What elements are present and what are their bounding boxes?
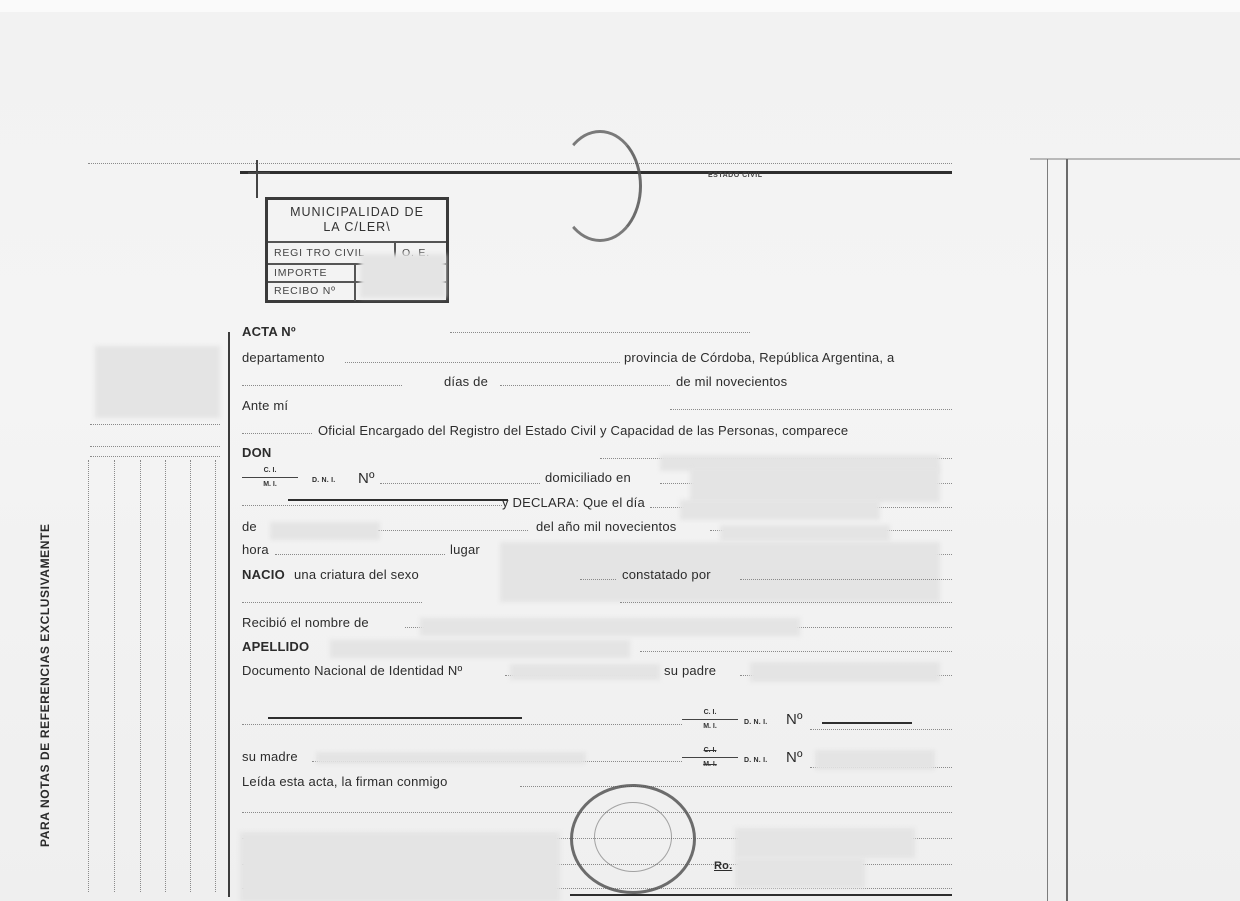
criatura-text: una criatura del sexo — [294, 567, 419, 582]
stamp-seal-bottom-inner — [594, 802, 672, 872]
dni-underline-1 — [288, 499, 508, 501]
side-notes-col-5 — [190, 460, 191, 892]
side-notes-label: PARA NOTAS DE REFERENCIAS EXCLUSIVAMENTE — [38, 523, 52, 847]
redacted-madre-dni — [815, 750, 935, 770]
dni-field-1[interactable] — [380, 483, 540, 484]
ci-mi-fraction-2: C. I. M. I. — [682, 709, 738, 730]
side-notes-line-1 — [90, 424, 220, 425]
mes-nacimiento-field[interactable] — [378, 530, 528, 531]
redacted-birth-day — [680, 500, 880, 520]
redacted-officer-signature — [735, 828, 915, 858]
side-notes-col-3 — [140, 460, 141, 892]
numero-label-3: Nº — [786, 749, 803, 766]
oficial-text: Oficial Encargado del Registro del Estad… — [318, 423, 848, 438]
numero-label-2: Nº — [786, 711, 803, 728]
signature-prefix: Ro. — [714, 860, 732, 872]
lugar-label: lugar — [450, 542, 480, 557]
apellido-field[interactable] — [640, 651, 952, 652]
stamp-seal-top — [558, 130, 642, 242]
dni-underline-2 — [268, 717, 522, 719]
redacted-domicilio — [690, 468, 940, 502]
side-notes-col-4 — [165, 460, 166, 892]
redacted-birth-year — [720, 525, 890, 541]
redacted-madre — [316, 752, 586, 764]
dni-text-label: Documento Nacional de Identidad Nº — [242, 663, 462, 678]
page-top-edge — [0, 0, 1240, 12]
amount-label: IMPORTE — [268, 265, 356, 281]
redacted-apellido — [330, 640, 630, 658]
acta-number-label: ACTA Nº — [242, 324, 296, 339]
side-notes-col-2 — [114, 460, 115, 892]
declara-text: y DECLARA: Que el día — [502, 495, 645, 510]
dni-label-3: D. N. I. — [744, 757, 767, 764]
constatado-continued-field[interactable] — [242, 602, 422, 603]
redacted-dni-number — [510, 664, 660, 680]
numero-label-1: Nº — [358, 470, 375, 487]
municipal-title: MUNICIPALIDAD DE LA C/LER\ — [268, 200, 446, 243]
header-handwritten-mark — [256, 160, 258, 198]
nacio-label: NACIO — [242, 567, 285, 582]
domiciliado-label: domiciliado en — [545, 470, 631, 485]
padre-dni-field[interactable] — [810, 729, 952, 730]
mes-field[interactable] — [500, 385, 670, 386]
de-label: de — [242, 519, 257, 534]
dia-field[interactable] — [242, 385, 402, 386]
hora-field[interactable] — [275, 554, 445, 555]
constatado-continued-field-2[interactable] — [620, 602, 952, 603]
departamento-label: departamento — [242, 350, 325, 365]
redacted-lugar — [500, 542, 940, 602]
acta-number-field[interactable] — [450, 332, 750, 333]
redacted-signatures — [240, 832, 560, 901]
redacted-birth-month — [270, 522, 380, 540]
right-panel-vline-1 — [1047, 159, 1048, 901]
departamento-field[interactable] — [345, 362, 620, 363]
footer-heavy-rule — [570, 894, 952, 896]
dni-label-2: D. N. I. — [744, 719, 767, 726]
side-notes-col-1 — [88, 460, 89, 892]
header-handwritten-mark-2 — [248, 172, 270, 174]
right-panel-vline-2 — [1066, 159, 1068, 901]
redacted-side-notes — [95, 346, 220, 418]
de-mil-novecientos-label: de mil novecientos — [676, 374, 787, 389]
hora-label: hora — [242, 542, 269, 557]
constatado-field[interactable] — [740, 579, 952, 580]
firma-line-1[interactable] — [520, 786, 952, 787]
su-padre-label: su padre — [664, 663, 716, 678]
side-notes-frame-line — [228, 332, 230, 897]
oficial-lead-field[interactable] — [242, 433, 312, 434]
side-notes-line-3 — [90, 456, 220, 457]
ci-mi-fraction-1: C. I. M. I. — [242, 467, 298, 488]
recibio-nombre-label: Recibió el nombre de — [242, 615, 369, 630]
redacted-nombre — [420, 618, 800, 636]
side-notes-line-2 — [90, 446, 220, 447]
ante-mi-field[interactable] — [670, 409, 952, 410]
sexo-field[interactable] — [580, 579, 616, 580]
ci-mi-fraction-3: C. I. M. I. — [682, 747, 738, 768]
padre-continued-field[interactable] — [242, 724, 682, 725]
receipt-label: RECIBO Nº — [268, 283, 356, 301]
right-panel-top-rule — [1030, 158, 1240, 160]
section-label: ESTADO CIVIL — [708, 172, 762, 179]
del-anio-label: del año mil novecientos — [536, 519, 676, 534]
provincia-text: provincia de Córdoba, República Argentin… — [624, 350, 894, 365]
leida-text: Leída esta acta, la firman conmigo — [242, 774, 448, 789]
header-dotted-line — [88, 163, 952, 164]
birth-certificate-page: ESTADO CIVIL MUNICIPALIDAD DE LA C/LER\ … — [0, 12, 1240, 901]
don-label: DON — [242, 445, 272, 460]
constatado-label: constatado por — [622, 567, 711, 582]
su-madre-label: su madre — [242, 749, 298, 764]
redacted-padre — [750, 662, 940, 682]
dni-label-1: D. N. I. — [312, 477, 335, 484]
redacted-municipal-value — [360, 254, 446, 298]
side-notes-col-6 — [215, 460, 216, 892]
dias-de-label: días de — [444, 374, 488, 389]
ante-mi-label: Ante mí — [242, 398, 288, 413]
padre-dni-underline — [822, 722, 912, 724]
redacted-officer-name — [735, 858, 865, 888]
apellido-label: APELLIDO — [242, 639, 309, 654]
domicilio-continued-field[interactable] — [242, 505, 502, 506]
